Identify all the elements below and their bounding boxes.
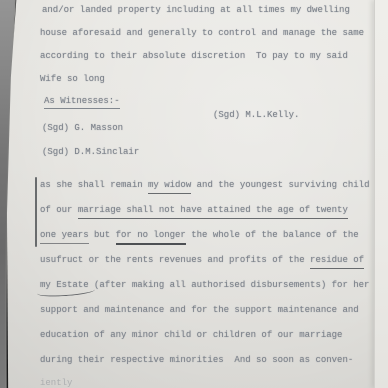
text-line: of our marriage shall not have attained … [40,205,348,219]
text-line: (Sgd) D.M.Sinclair [42,147,139,158]
text-line: as she shall remain my widow and the you… [40,180,369,194]
text-line: according to their absolute discretion T… [40,51,348,62]
pencil-margin-line [35,177,37,247]
underlined-text: my widow [148,180,191,194]
text-line: Wife so long [40,74,105,85]
text-line: (Sgd) M.L.Kelly. [213,110,299,121]
underlined-text: As Witnesses:- [44,96,120,109]
underlined-text: one years [40,230,89,244]
text-line: iently [40,378,72,388]
text-line: usufruct or the rents revenues and profi… [40,255,364,269]
text-line: education of any minor child or children… [40,330,342,341]
text-line: As Witnesses:- [44,96,120,109]
text-line: (Sgd) G. Masson [42,123,123,134]
underlined-text: marriage shall not have attained the age… [78,205,348,219]
underlined-text: for no longer [116,230,186,245]
text-line: my Estate (after making all authorised d… [40,280,369,291]
text-line: support and maintenance and for the supp… [40,305,359,316]
underlined-text: residue of [310,255,364,269]
text-line: and/or landed property including at all … [42,5,350,16]
scanned-document-photo: { "page": { "kind": "typewritten-will-pa… [0,0,388,388]
text-line: house aforesaid and generally to control… [40,28,364,39]
text-line: one years but for no longer the whole of… [40,230,359,245]
text-line: during their respective minorities And s… [40,355,353,366]
typewritten-text-layer: and/or landed property including at all … [0,0,388,388]
